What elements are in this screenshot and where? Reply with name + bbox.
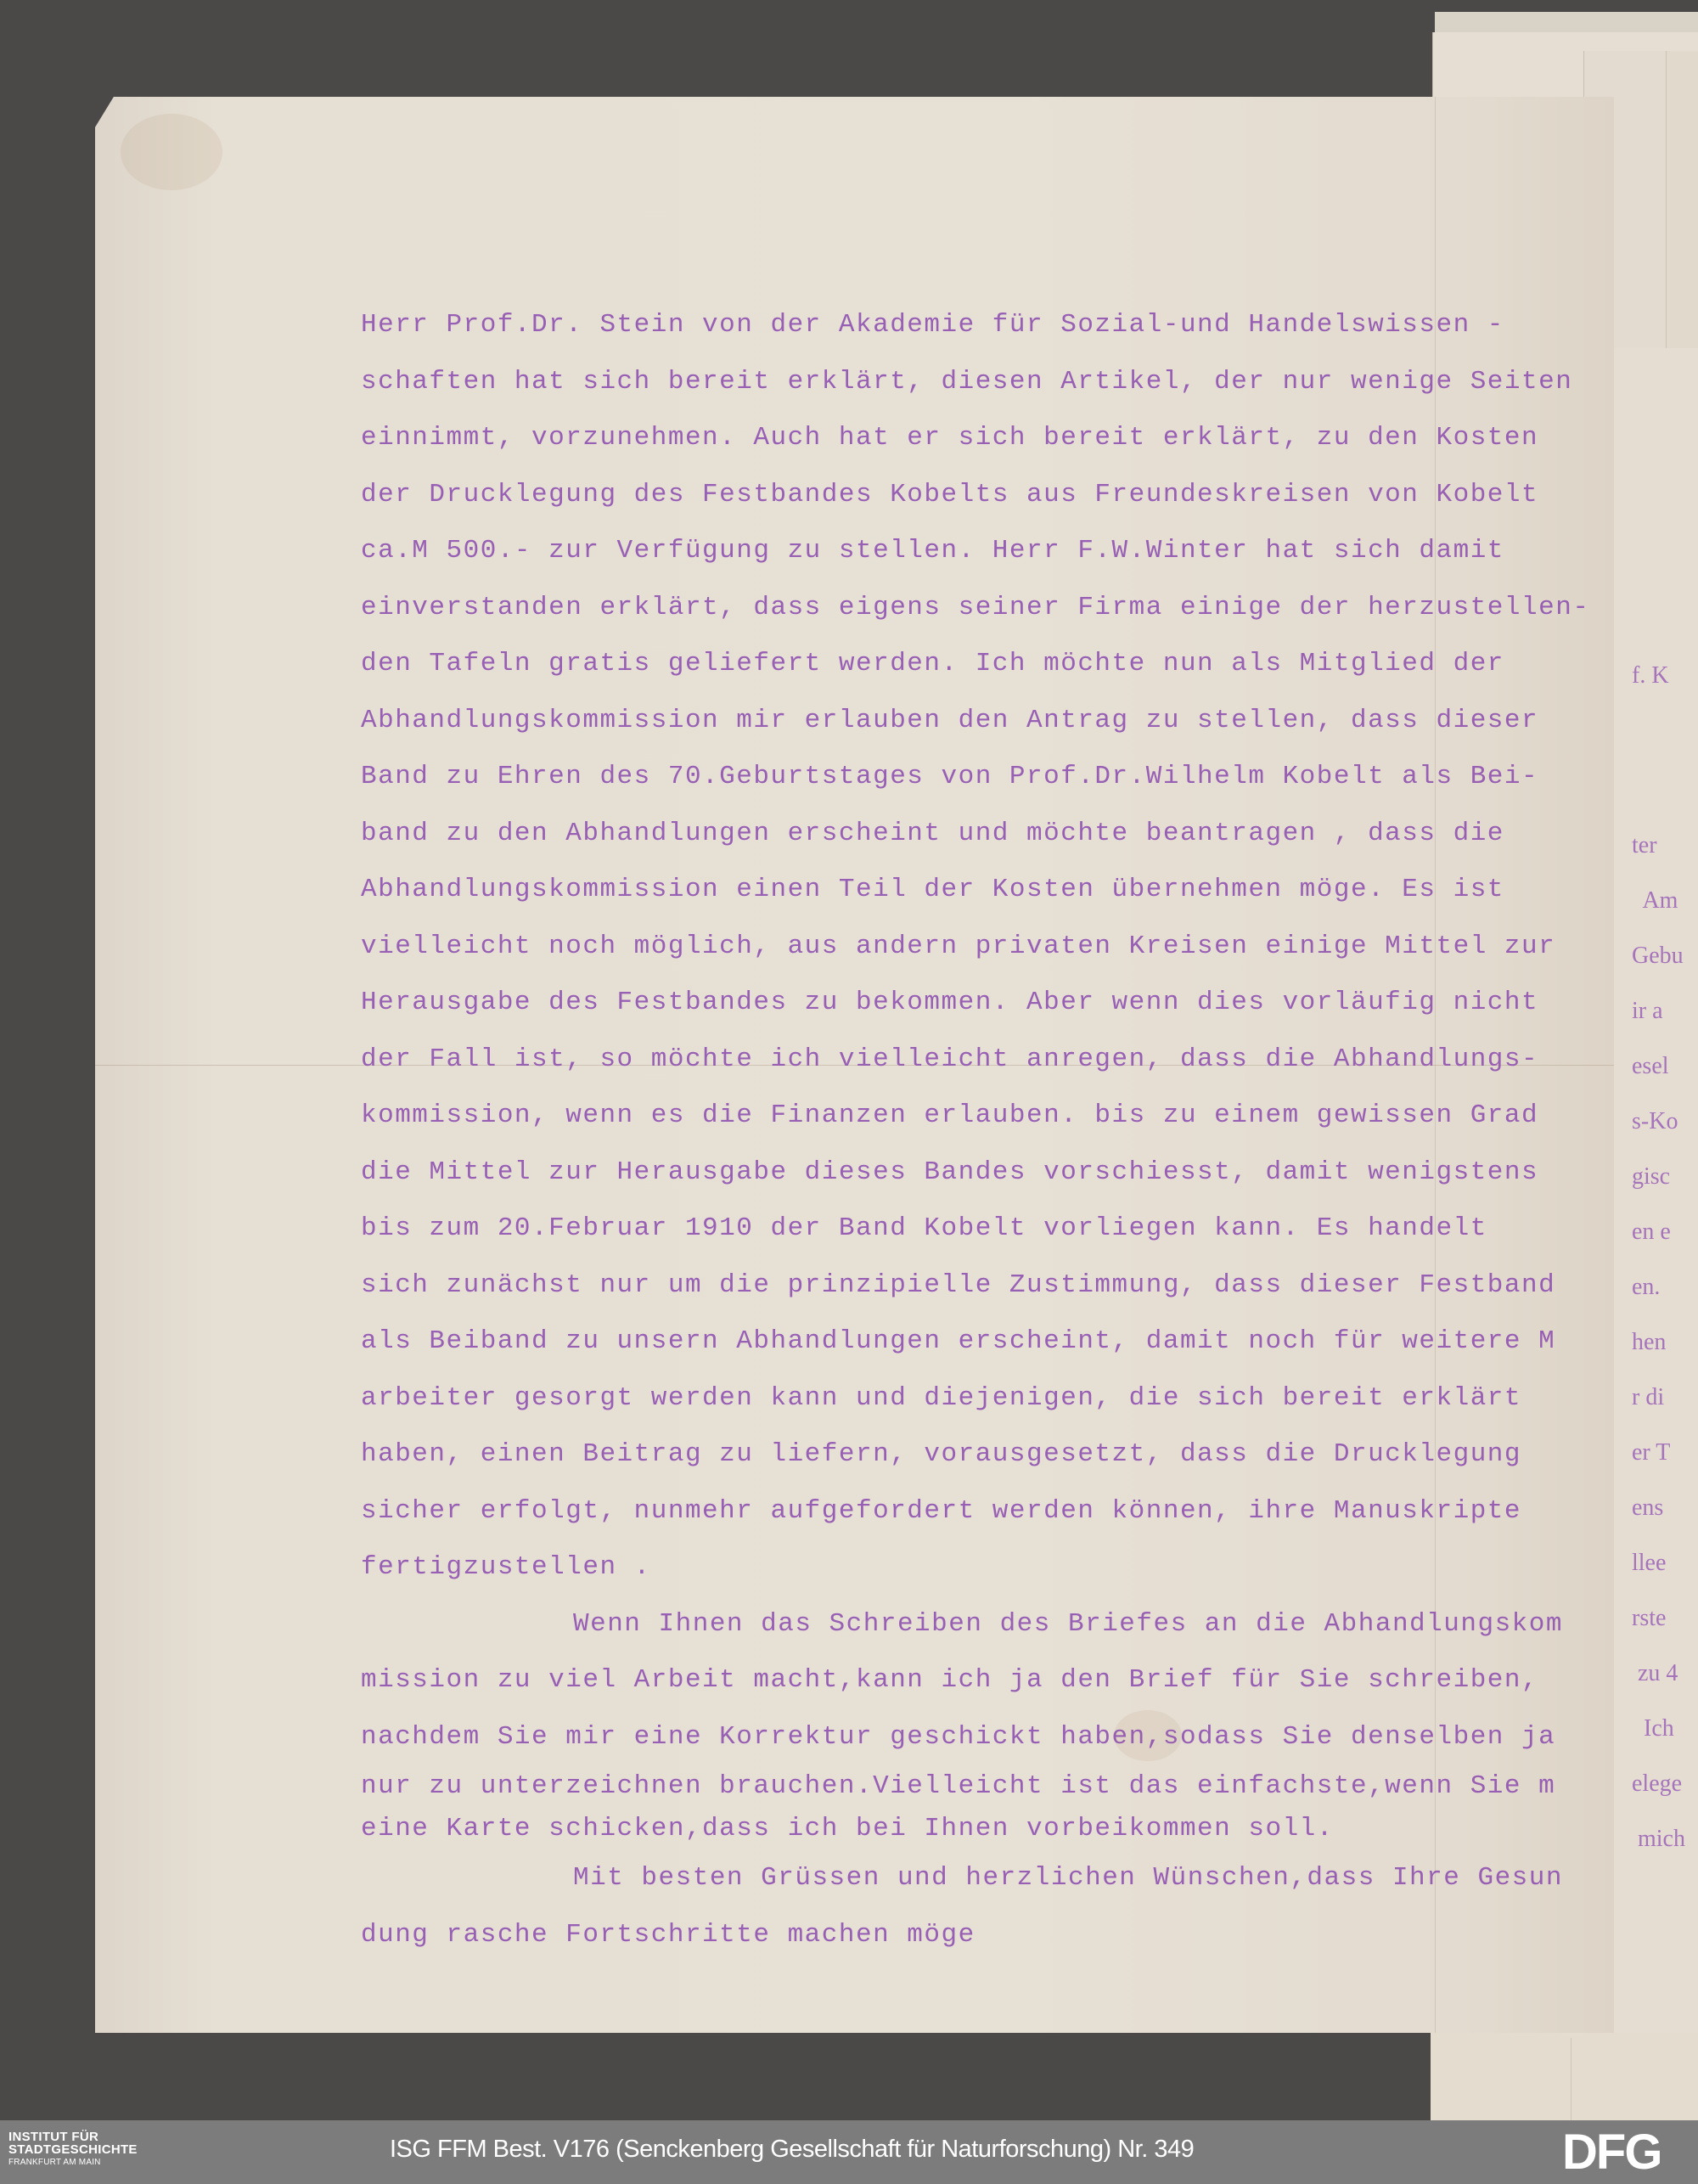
letter-line: arbeiter gesorgt werden kann und diejeni…	[361, 1371, 1617, 1427]
letter-line: nur zu unterzeichnen brauchen.Vielleicht…	[361, 1765, 1617, 1808]
letter-line: haben, einen Beitrag zu liefern, vorausg…	[361, 1427, 1617, 1483]
sheet-edge	[1571, 2038, 1571, 2120]
side-text-fragment: Am	[1632, 887, 1678, 915]
letter-line: schaften hat sich bereit erklärt, diesen…	[361, 354, 1617, 411]
dfg-logo-icon: DFG	[1562, 2127, 1661, 2178]
letter-line: band zu den Abhandlungen erscheint und m…	[361, 806, 1617, 863]
side-text-fragment: en.	[1632, 1274, 1660, 1301]
letter-line: einnimmt, vorzunehmen. Auch hat er sich …	[361, 410, 1617, 467]
side-text-fragment: gisc	[1632, 1163, 1670, 1191]
letter-line: bis zum 20.Februar 1910 der Band Kobelt …	[361, 1201, 1617, 1258]
typewritten-letter-body: Herr Prof.Dr. Stein von der Akademie für…	[361, 297, 1617, 1963]
institution-logo: INSTITUT FÜR STADTGESCHICHTE FRANKFURT A…	[8, 2131, 138, 2169]
letter-line: Herr Prof.Dr. Stein von der Akademie für…	[361, 297, 1617, 354]
archive-reference-caption: ISG FFM Best. V176 (Senckenberg Gesellsc…	[390, 2136, 1194, 2164]
side-text-fragment: er T	[1632, 1439, 1670, 1466]
letter-line: Wenn Ihnen das Schreiben des Briefes an …	[361, 1596, 1617, 1653]
letter-line: nachdem Sie mir eine Korrektur geschickt…	[361, 1709, 1617, 1766]
letter-line: vielleicht noch möglich, aus andern priv…	[361, 919, 1617, 976]
paper-stain	[121, 114, 222, 190]
side-text-fragment: rste	[1632, 1605, 1666, 1632]
archive-footer-bar: INSTITUT FÜR STADTGESCHICHTE FRANKFURT A…	[0, 2120, 1698, 2184]
institution-name-line2: STADTGESCHICHTE	[8, 2143, 138, 2156]
side-text-fragment: ter	[1632, 832, 1657, 859]
letter-line: eine Karte schicken,dass ich bei Ihnen v…	[361, 1808, 1617, 1850]
background-gap	[1358, 2033, 1401, 2120]
letter-line: fertigzustellen .	[361, 1539, 1617, 1596]
side-text-fragment: llee	[1632, 1550, 1666, 1577]
side-text-fragment: esel	[1632, 1053, 1669, 1080]
letter-line: sich zunächst nur um die prinzipielle Zu…	[361, 1258, 1617, 1314]
institution-location: FRANKFURT AM MAIN	[8, 2156, 138, 2169]
letter-line: Abhandlungskommission einen Teil der Kos…	[361, 862, 1617, 919]
letter-line: als Beiband zu unsern Abhandlungen ersch…	[361, 1314, 1617, 1371]
letter-line: dung rasche Fortschritte machen möge	[361, 1907, 1617, 1964]
side-text-fragment: en e	[1632, 1219, 1671, 1246]
side-text-fragment: zu 4	[1632, 1660, 1678, 1687]
letter-line: sicher erfolgt, nunmehr aufgefordert wer…	[361, 1483, 1617, 1540]
letter-line: Band zu Ehren des 70.Geburtstages von Pr…	[361, 749, 1617, 806]
letter-line: den Tafeln gratis geliefert werden. Ich …	[361, 636, 1617, 693]
side-text-fragment: Gebu	[1632, 943, 1684, 970]
underlying-sheet-bottom	[1431, 2033, 1698, 2120]
side-text-fragment: f. K	[1632, 662, 1669, 690]
scan-area: f. Kter AmGebuir aesels-Kogiscen een.hen…	[0, 0, 1698, 2120]
side-text-fragment: elege	[1632, 1770, 1682, 1798]
side-text-fragment: mich	[1632, 1826, 1685, 1853]
letter-line: ca.M 500.- zur Verfügung zu stellen. Her…	[361, 523, 1617, 580]
letter-line: Mit besten Grüssen und herzlichen Wünsch…	[361, 1850, 1617, 1907]
letter-line: die Mittel zur Herausgabe dieses Bandes …	[361, 1145, 1617, 1202]
side-text-fragment: Ich	[1632, 1715, 1674, 1742]
side-text-fragment: s-Ko	[1632, 1108, 1678, 1135]
letter-line: der Drucklegung des Festbandes Kobelts a…	[361, 467, 1617, 524]
side-text-fragment: ens	[1632, 1494, 1663, 1522]
letter-line: mission zu viel Arbeit macht,kann ich ja…	[361, 1652, 1617, 1709]
letter-line: kommission, wenn es die Finanzen erlaube…	[361, 1088, 1617, 1145]
letter-line: der Fall ist, so möchte ich vielleicht a…	[361, 1032, 1617, 1089]
letter-line: Abhandlungskommission mir erlauben den A…	[361, 693, 1617, 750]
letter-line: einverstanden erklärt, dass eigens seine…	[361, 580, 1617, 637]
side-text-fragment: r di	[1632, 1384, 1664, 1411]
institution-name-line1: INSTITUT FÜR	[8, 2131, 138, 2143]
side-text-fragment: hen	[1632, 1329, 1666, 1356]
letter-line: Herausgabe des Festbandes zu bekommen. A…	[361, 975, 1617, 1032]
side-text-fragment: ir a	[1632, 998, 1663, 1025]
